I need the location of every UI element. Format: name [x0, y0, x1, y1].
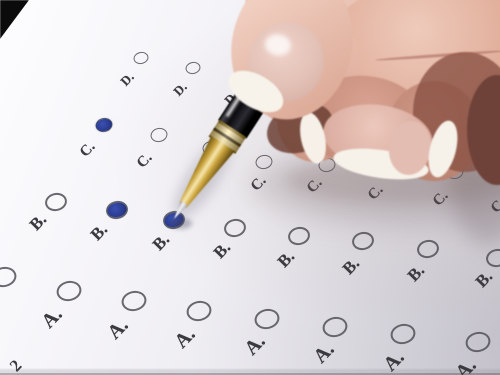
photo-answer-sheet-scene: D.D.D.C.C.C.C.C.C.C.C.B.B.B.B.B.B.B.B.A.… [0, 0, 500, 375]
hand [0, 0, 500, 375]
